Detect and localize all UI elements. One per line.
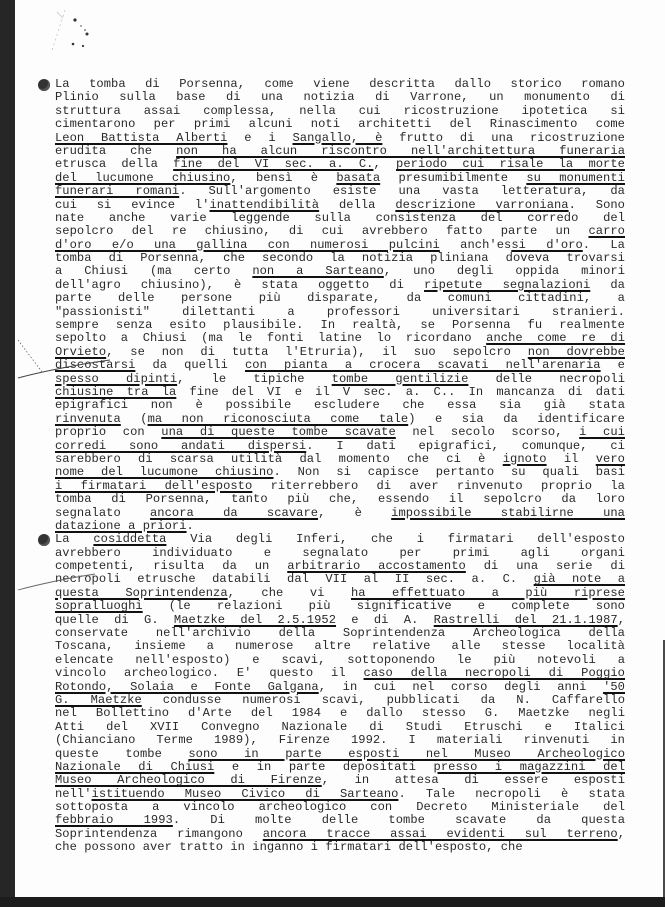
text-span: ) e sia da identificare — [408, 412, 625, 426]
text-span: La tomba di Porsenna, come viene descrit… — [55, 77, 625, 91]
text-line: competenti, risulta da un arbitrario acc… — [55, 560, 625, 573]
text-line: nome del lucumone chiusino. Non si capis… — [55, 466, 625, 479]
text-span: proprio con — [55, 425, 161, 439]
text-line: cimentarono per primi alcuni noti archit… — [55, 118, 625, 131]
underlined-text: inattendibilità — [210, 198, 320, 212]
text-span: condusse numerosi scavi, pubblicati da N… — [142, 693, 625, 707]
text-line: del lucumone chiusino, bensì è basata pr… — [55, 172, 625, 185]
text-span: , è — [318, 506, 391, 520]
underlined-text: arbitrario accostamento — [287, 559, 466, 573]
text-line: sepolto a Chiusi (ma le fonti latine lo … — [55, 332, 625, 345]
text-span: "passionisti" dilettanti a professori un… — [55, 305, 625, 319]
text-line: spesso dipinti, le tipiche tombe gentili… — [55, 373, 625, 386]
text-line: vincolo archeologico. E' questo il caso … — [55, 667, 625, 680]
text-span: , bensì è — [230, 171, 336, 185]
text-span: , le tipiche — [177, 372, 332, 386]
text-line: discostarsi da quelli con pianta a croce… — [55, 359, 625, 372]
text-line: struttura assai complessa, nella cui ric… — [55, 105, 625, 118]
text-span: e di A. — [336, 613, 434, 627]
underlined-text: Maetzke del 2.5.1952 — [174, 613, 336, 627]
text-line: i firmatari dell'esposto riterrebbero di… — [55, 480, 625, 493]
underlined-text: spesso dipinti — [55, 372, 177, 386]
underlined-text: anche come re di — [486, 331, 625, 345]
text-line: Rotondo, Solaia e Fonte Galgana, in cui … — [55, 681, 625, 694]
text-span: a Chiusi (ma certo — [55, 264, 252, 278]
text-span: e in parte depositati — [214, 760, 433, 774]
text-line: conservate nell'archivio della Soprinten… — [55, 627, 625, 640]
text-span: che possono aver tratto in inganno i fir… — [55, 840, 523, 854]
underlined-text: ripetute segnalazioni — [424, 278, 590, 292]
underlined-text: impossibile stabilirne una — [391, 506, 625, 520]
text-line: cui si evince l'inattendibilità della de… — [55, 199, 625, 212]
text-line: parte delle persone più disparate, da co… — [55, 292, 625, 305]
text-span: (le relazioni più significative e comple… — [143, 599, 625, 613]
text-span: , — [373, 157, 396, 171]
text-span: nel Bollettino d'Arte del 1984 e dallo s… — [55, 706, 625, 720]
underlined-text: presso i magazzini del — [434, 760, 625, 774]
text-line: nell'istituendo Museo Civico di Sarteano… — [55, 788, 625, 801]
text-line: Museo Archeologico di Firenze, in attesa… — [55, 774, 625, 787]
text-span: sepolcro del re chiusino, di cui avrebbe… — [55, 224, 588, 238]
text-span: cui si evince l' — [55, 198, 210, 212]
text-line: queste tombe sono in parte esposti nel M… — [55, 748, 625, 761]
text-line: Leon Battista Alberti e i Sangallo, è fr… — [55, 132, 625, 145]
text-line: sempre senza esito plausibile. In realtà… — [55, 319, 625, 332]
underlined-text: febbraio 1993 — [55, 813, 173, 827]
text-span: presumibilmente — [380, 171, 526, 185]
text-line: Toscana, insieme a numerose altre relati… — [55, 640, 625, 653]
underlined-text: Sangallo, è — [293, 131, 383, 145]
text-span: Soprintendenza rimangono — [55, 827, 263, 841]
text-line: dell'agro chiusino), è stata oggetto di … — [55, 279, 625, 292]
underlined-text: ignoto — [503, 452, 547, 466]
text-span: . Tale necropoli è stata — [398, 787, 625, 801]
text-line: Nazionale di Chiusi e in parte depositat… — [55, 761, 625, 774]
text-span: competenti, risulta da un — [55, 559, 287, 573]
underlined-text: Rastrelli del 21.1.1987 — [434, 613, 618, 627]
text-span: dell'agro chiusino), è stata oggetto di — [55, 278, 424, 292]
text-line: etrusca della fine del VI sec. a. C., pe… — [55, 158, 625, 171]
text-line: proprio con una di queste tombe scavate … — [55, 426, 625, 439]
text-span: avrebbero individuato e segnalato per pr… — [55, 546, 625, 560]
underlined-text: si d'oro — [511, 238, 582, 252]
text-span: e — [601, 358, 625, 372]
text-line: tomba di Porsenna, tanto più che, essend… — [55, 493, 625, 506]
text-span: , se non di tutta l'Etruria), il suo sep… — [106, 345, 528, 359]
text-line: Plinio sulla base di una notizia di Varr… — [55, 91, 625, 104]
text-span: tomba di Porsenna, che secondo la notizi… — [55, 251, 625, 265]
text-span: quelle di G. — [55, 613, 174, 627]
underlined-text: con pianta a crocera scavati nell'arenar… — [245, 358, 601, 372]
underlined-text: discostarsi — [55, 358, 135, 372]
text-line: a Chiusi (ma certo non a Sarteano, uno d… — [55, 265, 625, 278]
underlined-text: cosiddetta — [93, 532, 166, 546]
text-line: questa Soprintendenza, che vi ha effettu… — [55, 587, 625, 600]
text-line: epigrafici non è possibile escludere che… — [55, 399, 625, 412]
text-span: necropoli etrusche databili dal VII al I… — [55, 572, 534, 586]
underlined-text: basata — [336, 171, 380, 185]
text-span: sarebbero di scarsa utilità dal momento … — [55, 452, 503, 466]
text-span: elencate nell'esposto) e scavi, sottopon… — [55, 653, 625, 667]
underlined-text: corredi sono andati dispersi — [55, 439, 306, 453]
text-line: datazione a priori. — [55, 520, 625, 533]
text-line: sarebbero di scarsa utilità dal momento … — [55, 453, 625, 466]
underlined-text: già note a — [534, 572, 625, 586]
text-span: sempre senza esito plausibile. In realtà… — [55, 318, 625, 332]
underlined-text: ma non riconosciuta come tale — [148, 412, 409, 426]
underlined-text: caso della necropoli di Poggio — [364, 666, 625, 680]
text-span: etrusca della — [55, 157, 173, 171]
text-line: corredi sono andati dispersi. I dati epi… — [55, 440, 625, 453]
text-span: tomba di Porsenna, tanto più che, essend… — [55, 492, 625, 506]
text-line: elencate nell'esposto) e scavi, sottopon… — [55, 654, 625, 667]
text-span: . Sono — [569, 198, 625, 212]
text-line: febbraio 1993. Di molte delle tombe scav… — [55, 814, 625, 827]
underlined-text: vero — [596, 452, 625, 466]
handwritten-corner-marks — [45, 8, 95, 53]
underlined-text: funerari romani — [55, 184, 179, 198]
bullet-marker-icon — [38, 79, 50, 91]
text-line: G. Maetzke condusse numerosi scavi, pubb… — [55, 694, 625, 707]
underlined-text: non a Sarteano — [252, 264, 384, 278]
underlined-text: carro — [588, 224, 625, 238]
document-body: La tomba di Porsenna, come viene descrit… — [55, 78, 625, 855]
underlined-text: Museo Archeologico di Firenze — [55, 773, 322, 787]
text-span: ( — [121, 412, 148, 426]
underlined-text: i firmatari dell'esposto — [55, 479, 252, 493]
scan-border-left — [0, 0, 15, 907]
text-span: il — [547, 452, 596, 466]
underlined-text: d'oro e/o una gallina con numerosi pulci… — [55, 238, 440, 252]
underlined-text: del lucumone chiusino — [55, 171, 230, 185]
text-line: nel Bollettino d'Arte del 1984 e dallo s… — [55, 707, 625, 720]
underlined-text: non dovrebbe — [528, 345, 625, 359]
text-line: sottoposta a vincolo archeologico con De… — [55, 801, 625, 814]
text-span: nel secolo scorso, — [396, 425, 579, 439]
underlined-text: Rotondo, Solaia e Fonte Galgana — [55, 680, 319, 694]
text-span: . I dati epigrafici, comunque, ci — [306, 439, 625, 453]
text-span: e i — [227, 131, 292, 145]
underlined-text: i cui — [579, 425, 625, 439]
underlined-text: istituendo Museo Civico di Sarteano — [92, 787, 399, 801]
text-span: , che vi — [228, 586, 351, 600]
text-line: necropoli etrusche databili dal VII al I… — [55, 573, 625, 586]
text-span: struttura assai complessa, nella cui ric… — [55, 104, 625, 118]
underlined-text: ancora tracce assai evidenti sul terreno — [263, 827, 618, 841]
text-span: segnalato — [55, 506, 150, 520]
underlined-text: periodo cui risale la morte — [396, 157, 625, 171]
underlined-text: Nazionale di Chiusi — [55, 760, 214, 774]
text-span: erudita che — [55, 144, 176, 158]
underlined-text: non ha alcun riscontro nell'architettura… — [176, 144, 625, 158]
text-span: da — [590, 278, 625, 292]
text-span: . La — [583, 238, 625, 252]
text-span: Via degli Inferi, che i firmatari dell'e… — [166, 532, 625, 546]
text-span: Atti del XVII Convegno Nazionale di Stud… — [55, 720, 625, 734]
text-line: Soprintendenza rimangono ancora tracce a… — [55, 828, 625, 841]
text-line: quelle di G. Maetzke del 2.5.1952 e di A… — [55, 614, 625, 627]
text-line: che possono aver tratto in inganno i fir… — [55, 841, 625, 854]
underlined-text: G. Maetzke — [55, 693, 142, 707]
text-span: delle necropoli — [468, 372, 625, 386]
text-span: , — [618, 827, 625, 841]
paragraph: La tomba di Porsenna, come viene descrit… — [55, 78, 625, 533]
text-line: tomba di Porsenna, che secondo la notizi… — [55, 252, 625, 265]
text-span: epigrafici non è possibile escludere che… — [55, 398, 625, 412]
underlined-text: '50 — [603, 680, 625, 694]
text-span: nate anche varie leggende sulla consiste… — [55, 211, 625, 225]
text-span: da quelli — [135, 358, 245, 372]
underlined-text: sono in parte esposti nel Museo Archeolo… — [188, 747, 625, 761]
underlined-text: questa Soprintendenza — [55, 586, 228, 600]
underlined-text: ha effettuato a più riprese — [351, 586, 625, 600]
text-span: anch'es — [440, 238, 511, 252]
text-span: . Di molte delle tombe scavate da questa — [173, 813, 625, 827]
text-line: avrebbero individuato e segnalato per pr… — [55, 547, 625, 560]
text-line: sepolcro del re chiusino, di cui avrebbe… — [55, 225, 625, 238]
text-span: nell' — [55, 787, 92, 801]
underlined-text: Leon Battista Alberti — [55, 131, 227, 145]
text-line: funerari romani. Sull'argomento esiste u… — [55, 185, 625, 198]
text-span: di una serie di — [466, 559, 625, 573]
underlined-text: chiusine tra la — [55, 385, 176, 399]
text-line: erudita che non ha alcun riscontro nell'… — [55, 145, 625, 158]
underlined-text: ancora da scavare — [150, 506, 318, 520]
underlined-text: datazione a priori — [55, 519, 187, 533]
text-span: riterrebbero di aver rinvenuto proprio l… — [252, 479, 625, 493]
text-span: , uno degli oppida minori — [384, 264, 625, 278]
underlined-text: Orvieto — [55, 345, 106, 359]
text-span: . Sull'argomento esiste una vasta letter… — [179, 184, 625, 198]
text-line: Orvieto, se non di tutta l'Etruria), il … — [55, 346, 625, 359]
underlined-text: tombe gentilizie — [332, 372, 469, 386]
text-line: nate anche varie leggende sulla consiste… — [55, 212, 625, 225]
underlined-text: su monumenti — [526, 171, 625, 185]
text-span: , in cui nel corso degli anni — [319, 680, 603, 694]
text-line: d'oro e/o una gallina con numerosi pulci… — [55, 239, 625, 252]
text-line: chiusine tra la fine del VI e il V sec. … — [55, 386, 625, 399]
text-span: (Chianciano Terme 1989), Firenze 1992. I… — [55, 733, 625, 747]
text-span: fine del VI e il V sec. a. C.. In mancan… — [176, 385, 625, 399]
underlined-text: descrizione varroniana — [395, 198, 568, 212]
underlined-text: fine del VI sec. a. C. — [173, 157, 373, 171]
text-span: Toscana, insieme a numerose altre relati… — [55, 639, 625, 653]
text-span: vincolo archeologico. E' questo il — [55, 666, 364, 680]
text-span: . — [187, 519, 194, 533]
text-span: sepolto a Chiusi (ma le fonti latine lo … — [55, 331, 486, 345]
text-line: La cosiddetta Via degli Inferi, che i fi… — [55, 533, 625, 546]
text-line: "passionisti" dilettanti a professori un… — [55, 306, 625, 319]
underlined-text: nome del lucumone chiusino — [55, 465, 274, 479]
text-span: Plinio sulla base di una notizia di Varr… — [55, 90, 625, 104]
text-span: cimentarono per primi alcuni noti archit… — [55, 117, 625, 131]
scan-border-bottom — [0, 897, 665, 907]
text-span: . Non si capisce pertanto su quali basi — [274, 465, 626, 479]
text-span: La — [55, 532, 93, 546]
text-line: Atti del XVII Convegno Nazionale di Stud… — [55, 721, 625, 734]
text-span: frutto di una ricostruzione — [382, 131, 625, 145]
text-span: parte delle persone più disparate, da co… — [55, 291, 625, 305]
text-span: , — [618, 613, 625, 627]
text-line: rinvenuta (ma non riconosciuta come tale… — [55, 413, 625, 426]
underlined-text: una di queste tombe scavate — [161, 425, 396, 439]
text-line: La tomba di Porsenna, come viene descrit… — [55, 78, 625, 91]
text-line: sopralluoghi (le relazioni più significa… — [55, 600, 625, 613]
paragraph: La cosiddetta Via degli Inferi, che i fi… — [55, 533, 625, 854]
text-span: sottoposta a vincolo archeologico con De… — [55, 800, 625, 814]
text-line: segnalato ancora da scavare, è impossibi… — [55, 507, 625, 520]
text-span: queste tombe — [55, 747, 188, 761]
underlined-text: sopralluoghi — [55, 599, 143, 613]
text-line: (Chianciano Terme 1989), Firenze 1992. I… — [55, 734, 625, 747]
text-span: conservate nell'archivio della Soprinten… — [55, 626, 625, 640]
underlined-text: rinvenuta — [55, 412, 121, 426]
text-span: , in attesa di essere esposti — [322, 773, 625, 787]
text-span: della — [319, 198, 395, 212]
